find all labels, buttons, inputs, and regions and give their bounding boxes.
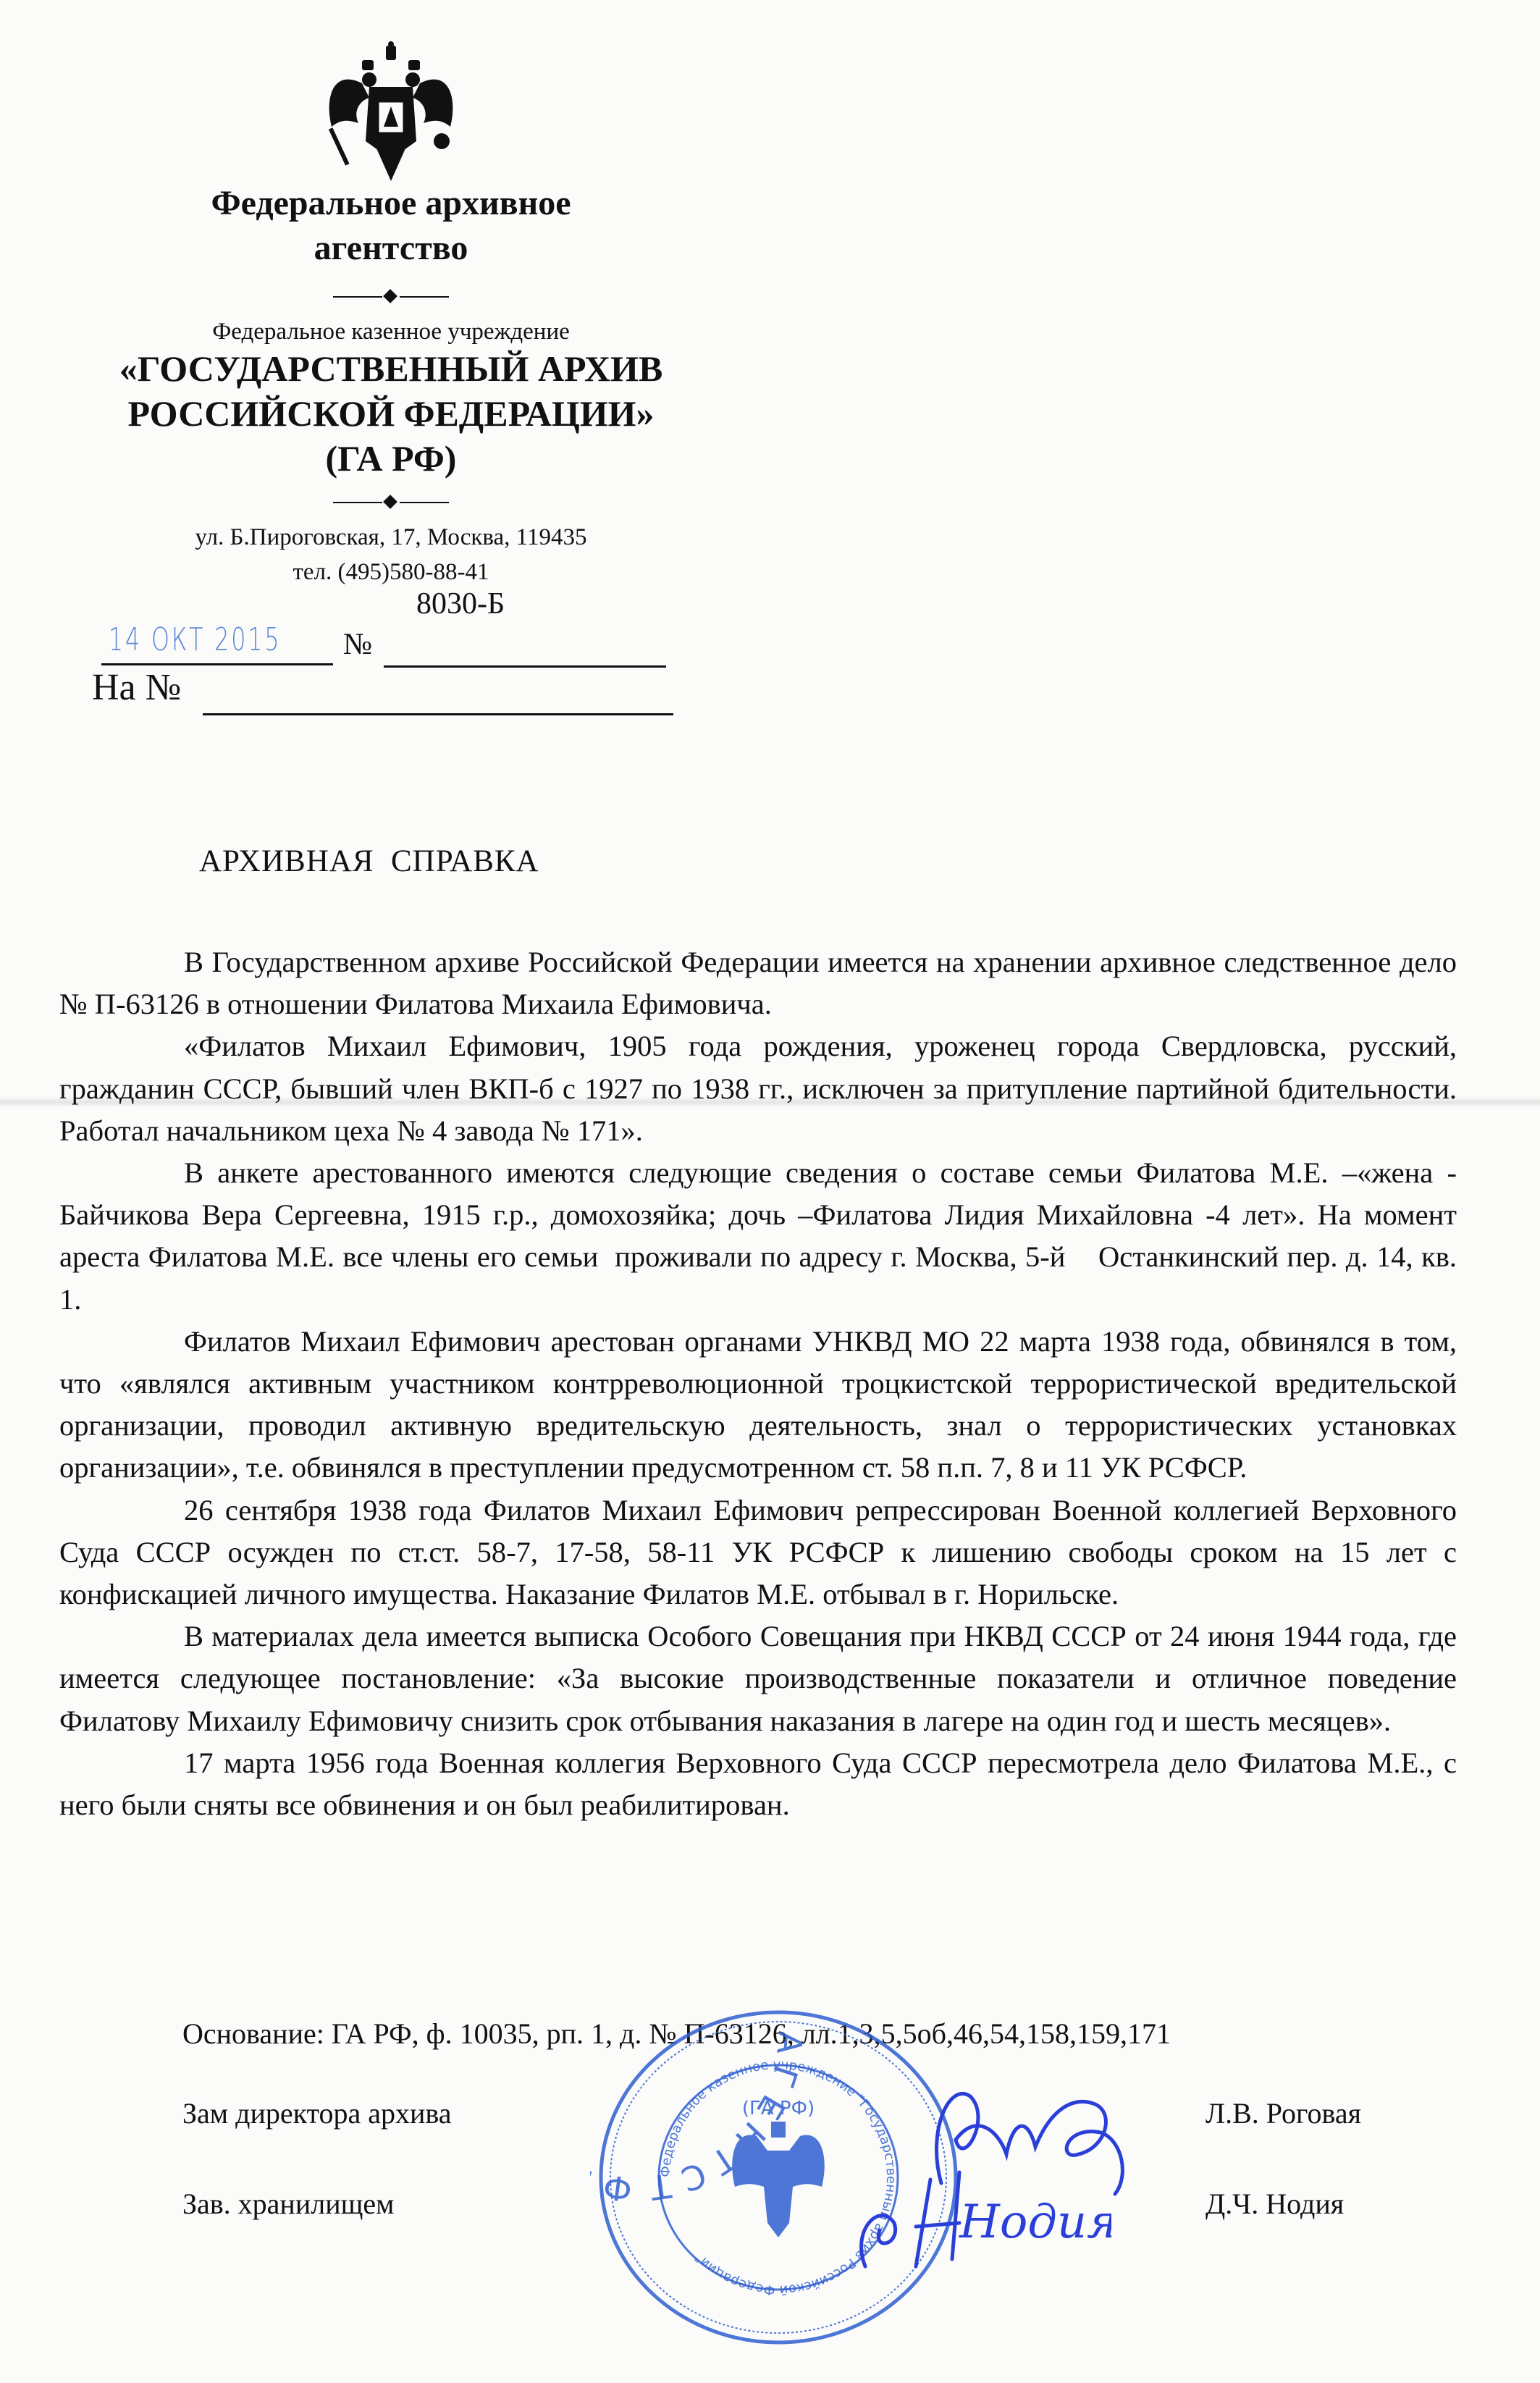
signatory-name: Д.Ч. Нодия [1206, 2187, 1344, 2221]
reply-to-label: На № [92, 666, 181, 709]
paragraph: Филатов Михаил Ефимович арестован органа… [59, 1321, 1457, 1489]
institution-name-line2: РОССИЙСКОЙ ФЕДЕРАЦИИ» [94, 391, 688, 436]
agency-name-line1: Федеральное архивное [94, 181, 688, 226]
document-body: В Государственном архиве Российской Феде… [59, 941, 1457, 1826]
outgoing-number: 8030-Б [416, 587, 505, 621]
signature-nodiya: Нодия [851, 2158, 1111, 2274]
date-underline [101, 663, 333, 665]
institution-abbr: (ГА РФ) [94, 436, 688, 481]
institution-name-line1: «ГОСУДАРСТВЕННЫЙ АРХИВ [94, 346, 688, 391]
institution-type: Федеральное казенное учреждение [94, 317, 688, 346]
number-underline [384, 665, 666, 668]
signatory-name: Л.В. Роговая [1206, 2096, 1361, 2130]
paragraph: 26 сентября 1938 года Филатов Михаил Ефи… [59, 1489, 1457, 1616]
signatory-position: Зам директора архива [182, 2096, 452, 2130]
paragraph: В Государственном архиве Российской Феде… [59, 941, 1457, 1025]
divider-ornament [333, 495, 449, 510]
divider-ornament [333, 290, 449, 304]
paragraph: 17 марта 1956 года Военная коллегия Верх… [59, 1742, 1457, 1826]
paragraph: В анкете арестованного имеются следующие… [59, 1152, 1457, 1321]
address: ул. Б.Пироговская, 17, Москва, 119435 [94, 520, 688, 555]
agency-name-line2: агентство [94, 226, 688, 271]
paragraph: В материалах дела имеется выписка Особог… [59, 1615, 1457, 1742]
number-label: № [343, 627, 372, 662]
document-title: АРХИВНАЯ СПРАВКА [199, 844, 539, 879]
date-stamp: 14 ОКТ 2015 [109, 621, 281, 658]
russian-coat-of-arms-icon [319, 40, 463, 185]
svg-text:(ГА РФ): (ГА РФ) [742, 2098, 815, 2119]
signatory-position: Зав. хранилищем [182, 2187, 394, 2221]
phone: тел. (495)580-88-41 [94, 555, 688, 589]
reply-to-underline [203, 713, 673, 715]
svg-text:Нодия: Нодия [959, 2195, 1111, 2249]
paragraph: «Филатов Михаил Ефимович, 1905 года рожд… [59, 1025, 1457, 1152]
